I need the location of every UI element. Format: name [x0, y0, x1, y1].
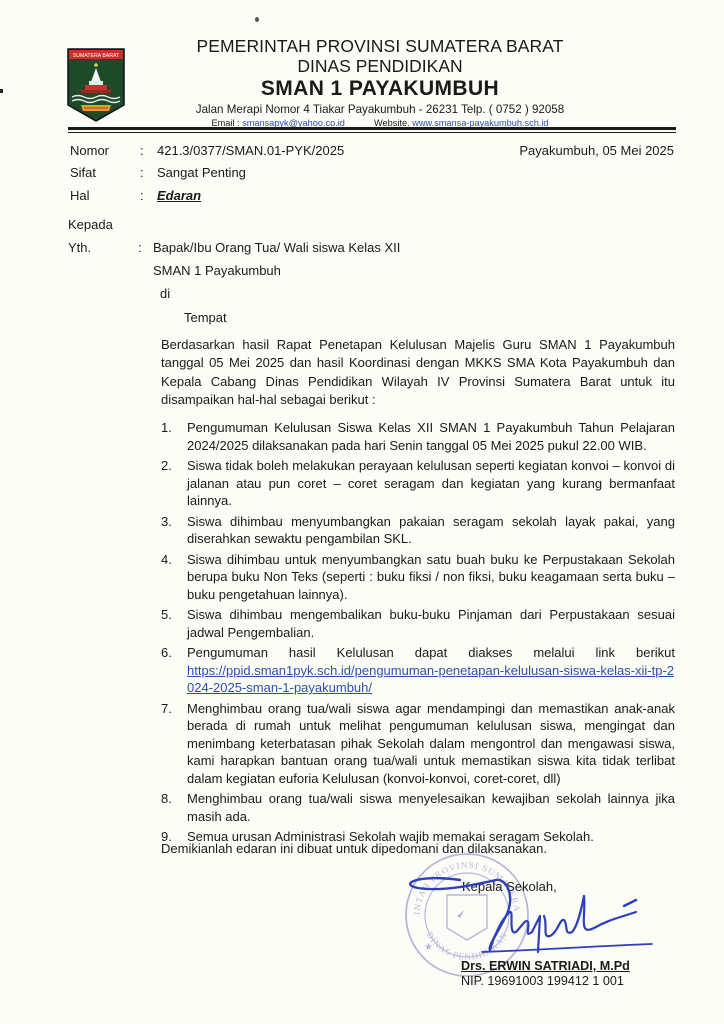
signer-name: Drs. ERWIN SATRIADI, M.Pd [461, 958, 630, 974]
recipient-line-2: SMAN 1 Payakumbuh [153, 263, 281, 279]
signer-nip: NIP. 19691003 199412 1 001 [461, 973, 624, 989]
list-item: 5.Siswa dihimbau mengembalikan buku-buku… [161, 606, 675, 641]
recipient-line-1: Bapak/Ibu Orang Tua/ Wali siswa Kelas XI… [153, 240, 400, 256]
recipient-line-4: Tempat [184, 310, 227, 326]
separator: : [140, 165, 144, 181]
separator: : [140, 143, 144, 159]
hal-label: Hal [70, 188, 90, 204]
list-item: 1.Pengumuman Kelulusan Siswa Kelas XII S… [161, 419, 675, 454]
list-item: 3.Siswa dihimbau menyumbangkan pakaian s… [161, 513, 675, 548]
nomor-value: 421.3/0377/SMAN.01-PYK/2025 [157, 143, 344, 159]
list-item: 8.Menghimbau orang tua/wali siswa menyel… [161, 790, 675, 825]
list-item: 6. Pengumuman hasil Kelulusan dapat diak… [161, 644, 675, 697]
announcement-link[interactable]: https://ppid.sman1pyk.sch.id/pengumuman-… [187, 663, 674, 696]
letterhead-department: DINAS PENDIDIKAN [140, 56, 620, 76]
sifat-label: Sifat [70, 165, 96, 181]
nomor-label: Nomor [70, 143, 109, 159]
letterhead-school-name: SMAN 1 PAYAKUMBUH [140, 76, 620, 101]
sifat-value: Sangat Penting [157, 165, 246, 181]
intro-paragraph: Berdasarkan hasil Rapat Penetapan Kelulu… [161, 336, 675, 410]
province-logo-icon: SUMATERA BARAT [66, 47, 126, 123]
scan-speck [255, 17, 259, 22]
yth-label: Yth. [68, 240, 91, 256]
letterhead-divider-thick [68, 127, 676, 130]
separator: : [140, 188, 144, 204]
separator: : [138, 240, 142, 256]
recipient-line-3: di [160, 286, 170, 302]
svg-text:SUMATERA BARAT: SUMATERA BARAT [73, 53, 120, 59]
list-item: 4.Siswa dihimbau untuk menyumbangkan sat… [161, 551, 675, 604]
place-date: Payakumbuh, 05 Mei 2025 [519, 143, 674, 159]
letterhead-address: Jalan Merapi Nomor 4 Tiakar Payakumbuh -… [140, 102, 620, 117]
list-item: 7.Menghimbau orang tua/wali siswa agar m… [161, 700, 675, 788]
kepada-label: Kepada [68, 217, 113, 233]
list-item-text: Pengumuman hasil Kelulusan dapat diakses… [187, 644, 675, 662]
letter-page: SUMATERA BARAT PEMERINTAH PROVINSI SUMAT… [0, 0, 724, 1024]
handwritten-signature-icon [398, 866, 658, 966]
hal-value: Edaran [157, 188, 201, 204]
letterhead-government: PEMERINTAH PROVINSI SUMATERA BARAT [140, 36, 620, 56]
letterhead-divider-thin [68, 132, 676, 133]
scan-speck [0, 89, 3, 93]
announcement-list: 1.Pengumuman Kelulusan Siswa Kelas XII S… [161, 419, 675, 849]
letterhead: PEMERINTAH PROVINSI SUMATERA BARAT DINAS… [140, 36, 620, 129]
list-item: 2.Siswa tidak boleh melakukan perayaan k… [161, 457, 675, 510]
